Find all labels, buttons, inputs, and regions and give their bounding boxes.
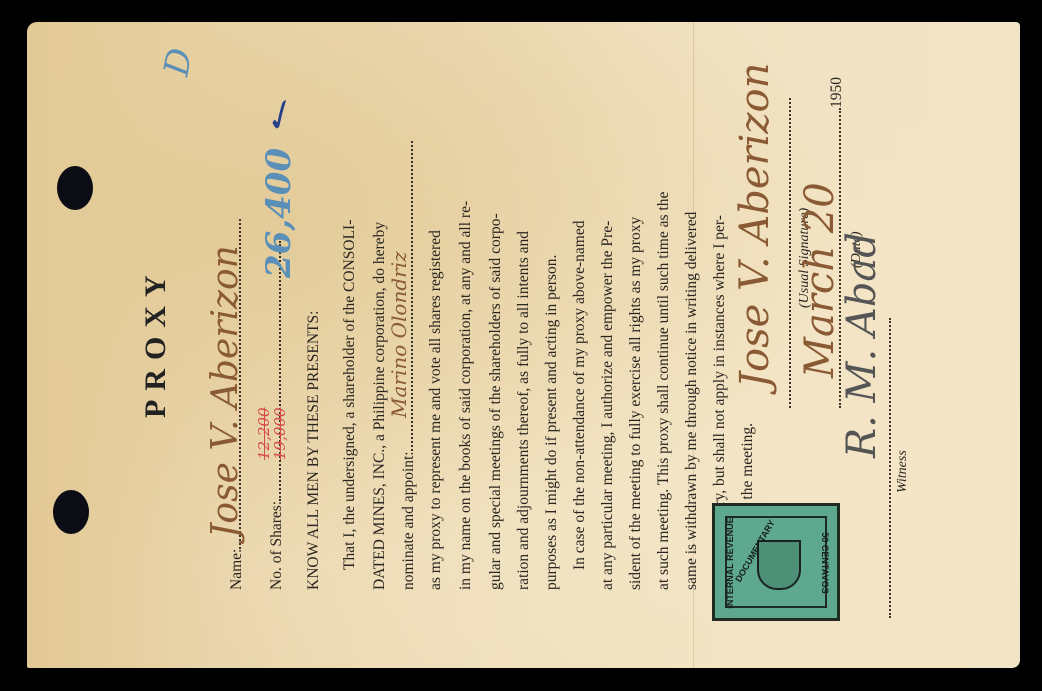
stamp-bottom-text: 50 CENTAVOS xyxy=(820,508,830,618)
paragraph1-line: gular and special meetings of the shareh… xyxy=(487,213,505,590)
name-label: Name: xyxy=(228,549,245,590)
document-title: PROXY xyxy=(139,266,173,418)
paragraph2-line: sident of the meeting to fully exercise … xyxy=(627,217,645,590)
date-handwritten: March 20 xyxy=(797,182,843,378)
nominate-text: nominate and appoint: xyxy=(400,451,417,590)
paragraph1-line: ration and adjournments thereof, as full… xyxy=(515,231,533,590)
paragraph1-line: That I, the undersigned, a shareholder o… xyxy=(341,220,359,570)
paragraph2-line: same is withdrawn by me through notice i… xyxy=(683,212,701,590)
coat-of-arms-icon xyxy=(757,540,801,590)
shares-label: No. of Shares: xyxy=(268,501,285,590)
date-year: 1950 xyxy=(828,77,845,108)
paragraph1-line: as my proxy to represent me and vote all… xyxy=(427,230,445,590)
witness-signature-handwritten: R. M. Abad xyxy=(839,232,885,458)
rotated-document-content: PROXY Name: Jose V. Aberizon No. of Shar… xyxy=(27,22,1020,668)
shares-handwritten: 26,400 xyxy=(259,148,299,278)
paragraph1-line: in my name on the books of said corporat… xyxy=(457,201,475,590)
paragraph1-line: purposes as I might do if present and ac… xyxy=(543,255,561,590)
signature-line xyxy=(777,98,796,408)
documentary-stamp: INTERNAL REVENUE DOCUMENTARY 50 CENTAVOS xyxy=(712,503,840,621)
name-handwritten: Jose V. Aberizon xyxy=(205,245,246,538)
paragraph2-line: at such meeting. This proxy shall contin… xyxy=(655,192,673,590)
paragraph2-line: at any particular meeting, I authorize a… xyxy=(599,221,617,590)
know-all-men-heading: KNOW ALL MEN BY THESE PRESENTS: xyxy=(305,311,323,590)
shares-struck-value-2: 19,000 xyxy=(271,408,289,461)
stamp-top-text: INTERNAL REVENUE xyxy=(725,508,735,618)
proxy-name-handwritten: Marino Olondriz xyxy=(387,251,411,418)
witness-label: Witness xyxy=(895,450,911,493)
signature-handwritten: Jose V. Aberizon xyxy=(732,63,778,388)
paragraph2-line: In case of the non-attendance of my prox… xyxy=(571,221,589,570)
